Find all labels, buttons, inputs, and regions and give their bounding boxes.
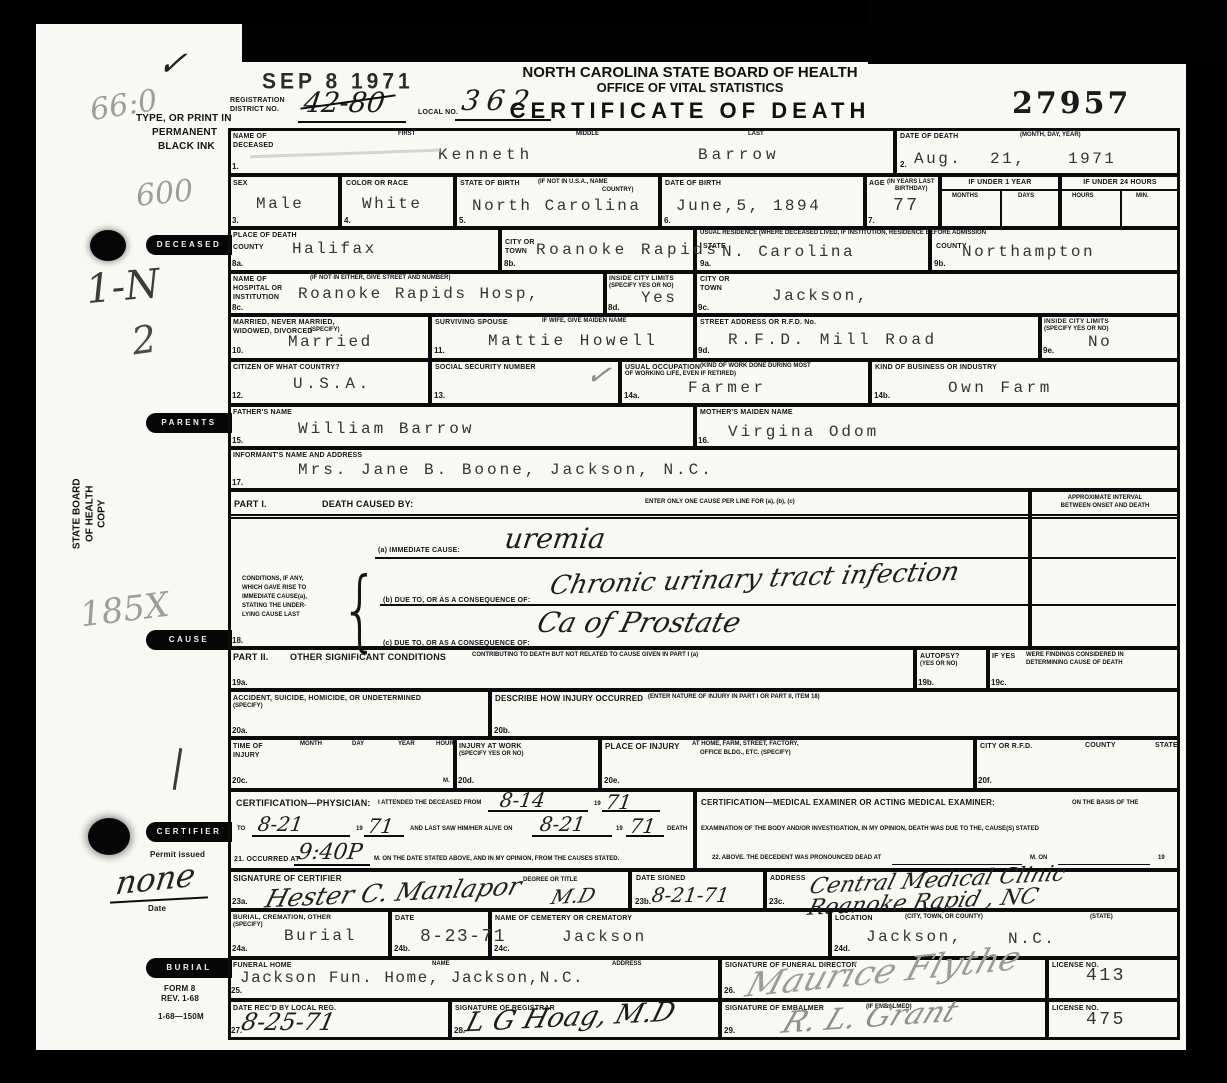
occupation-sublabel-2: OF WORKING LIFE, EVEN IF RETIRED) xyxy=(625,371,736,377)
degree-label: DEGREE OR TITLE xyxy=(523,877,577,883)
scan-black-band-top-right xyxy=(868,0,1227,64)
cemetery-value: Jackson xyxy=(562,928,647,946)
occurred-underline xyxy=(294,864,370,866)
num-24b: 24b. xyxy=(394,944,410,953)
age-sublabel-2: BIRTHDAY) xyxy=(895,186,927,192)
m-label: M. xyxy=(443,778,450,784)
num-20e: 20e. xyxy=(604,776,620,785)
occurred-rest: M. ON THE DATE STATED ABOVE, AND IN MY O… xyxy=(374,856,619,862)
spouse-value: Mattie Howell xyxy=(488,332,658,350)
home-addr-label: ADDRESS xyxy=(612,961,641,967)
father-label: FATHER'S NAME xyxy=(233,408,292,417)
interval-label-1: APPROXIMATE INTERVAL xyxy=(1036,495,1174,501)
sob-sublabel-2: COUNTRY) xyxy=(602,187,633,193)
sob-value: North Carolina xyxy=(472,197,641,215)
time-label-1: TIME OF xyxy=(233,742,263,751)
location-sublabel-2: (STATE) xyxy=(1090,914,1113,920)
part2-label: PART II. xyxy=(233,652,268,664)
num-24a: 24a. xyxy=(232,944,248,953)
residence-state-value: N. Carolina xyxy=(722,243,855,261)
place-injury-sublabel-1: AT HOME, FARM, STREET, FACTORY, xyxy=(692,741,799,747)
informant-label: INFORMANT'S NAME AND ADDRESS xyxy=(233,451,362,460)
burial-type-value: Burial xyxy=(284,927,357,945)
num-25: 25. xyxy=(231,986,242,995)
hours-label: HOURS xyxy=(1072,193,1094,199)
injury-state-label: STATE xyxy=(1155,741,1178,750)
num-17: 17. xyxy=(232,478,243,487)
num-9d: 9d. xyxy=(698,346,710,355)
num-8c: 8c. xyxy=(232,303,243,312)
other-conditions-label: OTHER SIGNIFICANT CONDITIONS xyxy=(290,652,446,664)
residence-city-value: Jackson, xyxy=(772,287,869,305)
age-label: AGE xyxy=(869,179,885,188)
attended-from-value: 8-14 xyxy=(498,788,546,812)
hospital-value: Roanoke Rapids Hosp, xyxy=(298,285,540,303)
ink-instruction-line2: PERMANENT xyxy=(152,126,217,139)
conditions-line-4: STATING THE UNDER- xyxy=(242,603,306,609)
describe-sublabel: (ENTER NATURE OF INJURY IN PART I OR PAR… xyxy=(648,694,820,700)
informant-value: Mrs. Jane B. Boone, Jackson, N.C. xyxy=(298,461,714,479)
hospital-label-2: HOSPITAL OR xyxy=(233,284,282,293)
tab-cause: CAUSE xyxy=(146,630,232,650)
city-rfd-label: CITY OR R.F.D. xyxy=(980,742,1032,751)
county-value: Halifax xyxy=(292,240,377,258)
num-23b: 23b. xyxy=(635,897,651,906)
autopsy-sublabel: (YES OR NO) xyxy=(920,661,957,667)
num-15: 15. xyxy=(232,436,243,445)
date-label-margin: Date xyxy=(148,904,166,914)
m-on-underline xyxy=(1058,864,1150,865)
name-label-1: NAME OF xyxy=(233,132,267,141)
age-sublabel-1: (IN YEARS LAST xyxy=(887,179,935,185)
num-3: 3. xyxy=(232,216,239,225)
residence-county-value: Northampton xyxy=(962,243,1095,261)
num-5: 5. xyxy=(459,216,466,225)
street-label: STREET ADDRESS OR R.F.D. No. xyxy=(700,318,816,327)
address-label: ADDRESS xyxy=(770,874,806,883)
num-2: 2. xyxy=(900,160,907,169)
enter-note: ENTER ONLY ONE CAUSE PER LINE FOR (a), (… xyxy=(645,499,795,505)
icl2-value: No xyxy=(1088,333,1112,351)
usual-residence-label: USUAL RESIDENCE (WHERE DECEASED LIVED, I… xyxy=(700,230,986,236)
board-title: NORTH CAROLINA STATE BOARD OF HEALTH xyxy=(505,64,875,81)
num-29: 29. xyxy=(724,1026,735,1035)
year-label: YEAR xyxy=(398,741,415,747)
tab-certifier: CERTIFIER xyxy=(146,822,232,842)
to-value: 8-21 xyxy=(256,812,304,836)
at-work-sublabel: (SPECIFY YES OR NO) xyxy=(459,751,523,757)
form-rev: REV. 1-68 xyxy=(161,994,199,1004)
mother-value: Virgina Odom xyxy=(728,423,879,441)
num-20c: 20c. xyxy=(232,776,248,785)
due-to-c-label: (c) DUE TO, OR AS A CONSEQUENCE OF: xyxy=(383,639,530,648)
place-injury-sublabel-2: OFFICE BLDG., ETC. (SPECIFY) xyxy=(700,750,791,756)
num-20d: 20d. xyxy=(458,776,474,785)
num-13: 13. xyxy=(434,391,445,400)
location-value-1: Jackson, xyxy=(866,928,963,946)
part1-rule-1 xyxy=(230,514,1178,516)
pencil-mark-1n: 1-N xyxy=(84,261,162,313)
accident-label: ACCIDENT, SUICIDE, HOMICIDE, OR UNDETERM… xyxy=(233,694,421,703)
sex-value: Male xyxy=(256,195,304,213)
citizen-label: CITIZEN OF WHAT COUNTRY? xyxy=(233,363,340,372)
hospital-label-3: INSTITUTION xyxy=(233,293,279,302)
last-saw-value: 8-21 xyxy=(538,812,586,836)
num-8b: 8b. xyxy=(504,259,516,268)
num-19b: 19b. xyxy=(918,678,934,687)
certifier-degree: M.D xyxy=(548,883,598,909)
dod-label: DATE OF DEATH xyxy=(900,132,958,141)
tab-deceased: DECEASED xyxy=(146,235,232,255)
ssn-check-mark: ✓ xyxy=(584,356,614,394)
mother-label: MOTHER'S MAIDEN NAME xyxy=(700,408,793,417)
burial-date-label: DATE xyxy=(395,914,414,923)
name-label-2: DECEASED xyxy=(233,141,274,150)
line-a xyxy=(375,557,1176,559)
hospital-sublabel: (IF NOT IN EITHER, GIVE STREET AND NUMBE… xyxy=(310,275,450,281)
ink-instruction-line1: TYPE, OR PRINT IN xyxy=(136,112,232,125)
immediate-cause-label: (a) IMMEDIATE CAUSE: xyxy=(378,546,460,555)
cell-name-of-deceased xyxy=(228,128,895,175)
sob-sublabel-1: (IF NOT IN U.S.A., NAME xyxy=(538,179,608,185)
copy-line1: STATE BOARD xyxy=(71,478,82,549)
num-26: 26. xyxy=(724,986,735,995)
last-saw-underline xyxy=(532,835,612,837)
num-11: 11. xyxy=(434,346,445,355)
registration-label-2: DISTRICT NO. xyxy=(230,105,279,114)
death-caused-by-label: DEATH CAUSED BY: xyxy=(322,499,413,511)
conditions-line-1: CONDITIONS, IF ANY, xyxy=(242,576,303,582)
sob-label: STATE OF BIRTH xyxy=(460,179,520,188)
months-label: MONTHS xyxy=(952,193,978,199)
hole-punch-dot-2 xyxy=(88,818,130,855)
marital-label-1: MARRIED, NEVER MARRIED, xyxy=(233,318,335,327)
cell-residence-city xyxy=(695,272,1180,315)
m-on-label: M. ON xyxy=(1030,855,1047,861)
min-label: MIN. xyxy=(1136,193,1149,199)
district-no-underline xyxy=(298,121,406,123)
dob-label: DATE OF BIRTH xyxy=(665,179,721,188)
immediate-cause-value: uremia xyxy=(503,522,608,555)
num-10: 10. xyxy=(232,346,243,355)
copy-line3: COPY xyxy=(96,500,107,528)
citizen-value: U.S.A. xyxy=(293,375,372,393)
line-b xyxy=(380,604,1176,606)
num-23a: 23a. xyxy=(232,897,248,906)
to-underline xyxy=(252,835,350,837)
month-label: MONTH xyxy=(300,741,322,747)
from-year-pre: 19 xyxy=(594,801,601,807)
num-18: 18. xyxy=(232,636,243,645)
describe-label: DESCRIBE HOW INJURY OCCURRED xyxy=(495,694,643,704)
hole-punch-dot xyxy=(90,230,126,261)
accident-sublabel: (SPECIFY) xyxy=(233,703,263,709)
tab-burial: BURIAL xyxy=(146,958,232,978)
business-label: KIND OF BUSINESS OR INDUSTRY xyxy=(875,363,997,372)
father-value: William Barrow xyxy=(298,420,474,438)
pronounced-label: 22. ABOVE. THE DECEDENT WAS PRONOUNCED D… xyxy=(712,855,881,861)
race-label: COLOR OR RACE xyxy=(346,179,408,188)
findings-label-1: WERE FINDINGS CONSIDERED IN xyxy=(1026,652,1124,658)
first-label: FIRST xyxy=(398,131,415,137)
num-6: 6. xyxy=(664,216,671,225)
last-saw-year-underline xyxy=(626,835,664,837)
date-signed-value: 8-21-71 xyxy=(650,883,731,907)
certificate-title: CERTIFICATE OF DEATH xyxy=(505,98,875,124)
num-8a: 8a. xyxy=(232,259,243,268)
scan-black-band-top xyxy=(242,24,882,62)
me-sub1: ON THE BASIS OF THE xyxy=(1072,800,1138,806)
num-16: 16. xyxy=(698,436,709,445)
sex-label: SEX xyxy=(233,179,248,188)
part1-label: PART I. xyxy=(234,499,267,511)
num-9a: 9a. xyxy=(700,259,711,268)
num-19a: 19a. xyxy=(232,678,248,687)
num-4: 4. xyxy=(344,216,351,225)
burial-type-sublabel: (SPECIFY) xyxy=(233,922,263,928)
ink-instruction-line3: BLACK INK xyxy=(158,140,215,153)
residence-city-label-1: CITY OR xyxy=(700,275,730,284)
local-no-label: LOCAL NO. xyxy=(418,108,458,117)
num-1: 1. xyxy=(232,162,239,171)
check-mark: ✓ xyxy=(155,44,189,84)
to-year-underline xyxy=(364,835,404,837)
tab-parents: PARENTS xyxy=(146,413,232,433)
first-name-value: Kenneth xyxy=(438,146,533,164)
num-12: 12. xyxy=(232,391,243,400)
occurred-label: 21. OCCURRED AT xyxy=(234,855,300,864)
pencil-mark-600: 600 xyxy=(134,173,195,214)
place-injury-label: PLACE OF INJURY xyxy=(605,742,680,752)
city-value: Roanoke Rapids xyxy=(536,241,719,259)
cemetery-label: NAME OF CEMETERY OR CREMATORY xyxy=(495,914,632,923)
conditions-line-2: WHICH GAVE RISE TO xyxy=(242,585,306,591)
spouse-sublabel: IF WIFE, GIVE MAIDEN NAME xyxy=(542,318,626,324)
occurred-time-value: 9:40P xyxy=(296,840,364,865)
num-24c: 24c. xyxy=(494,944,510,953)
location-sublabel-1: (CITY, TOWN, OR COUNTY) xyxy=(905,914,983,920)
ssn-label: SOCIAL SECURITY NUMBER xyxy=(435,363,536,372)
registration-label-1: REGISTRATION xyxy=(230,96,285,105)
num-24d: 24d. xyxy=(834,944,850,953)
under1-divider-v xyxy=(1000,189,1002,228)
place-of-death-label: PLACE OF DEATH xyxy=(233,231,297,240)
if-yes-label: IF YES xyxy=(992,652,1015,661)
business-value: Own Farm xyxy=(948,379,1053,397)
certificate-number: 27957 xyxy=(1012,86,1131,121)
home-name-label: NAME xyxy=(432,961,450,967)
death-word-label: DEATH xyxy=(667,826,687,832)
occupation-sublabel-1: (KIND OF WORK DONE DURING MOST xyxy=(700,363,811,369)
num-20f: 20f. xyxy=(978,776,992,785)
middle-label: MIDDLE xyxy=(576,131,599,137)
to-year-pre: 19 xyxy=(356,826,363,832)
last-name-value: Barrow xyxy=(698,146,780,164)
date-signed-label: DATE SIGNED xyxy=(636,874,686,883)
num-9e: 9e. xyxy=(1043,346,1054,355)
office-title: OFFICE OF VITAL STATISTICS xyxy=(505,80,875,95)
dod-day: 21, xyxy=(990,150,1026,168)
num-19c: 19c. xyxy=(991,678,1007,687)
num-20b: 20b. xyxy=(494,726,510,735)
race-value: White xyxy=(362,195,423,213)
form-code: FORM 8 xyxy=(164,984,195,994)
due-to-c-value: Ca of Prostate xyxy=(534,606,745,639)
icl-value: Yes xyxy=(641,289,677,307)
num-23c: 23c. xyxy=(769,897,785,906)
under24-label: IF UNDER 24 HOURS xyxy=(1060,178,1180,187)
location-label: LOCATION xyxy=(835,914,873,923)
cert-physician-label: CERTIFICATION—PHYSICIAN: xyxy=(236,798,371,810)
icl2-sublabel: (SPECIFY YES OR NO) xyxy=(1044,326,1108,332)
num-8d: 8d. xyxy=(608,303,620,312)
other-conditions-sublabel: CONTRIBUTING TO DEATH BUT NOT RELATED TO… xyxy=(472,652,698,658)
death-certificate-scan: ✓ 66:0 TYPE, OR PRINT IN PERMANENT BLACK… xyxy=(0,0,1227,1083)
age-value: 77 xyxy=(893,196,920,216)
conditions-line-5: LYING CAUSE LAST xyxy=(242,612,300,618)
me-sub2: EXAMINATION OF THE BODY AND/OR INVESTIGA… xyxy=(701,826,1039,832)
street-value: R.F.D. Mill Road xyxy=(728,331,938,349)
occupation-value: Farmer xyxy=(688,379,767,397)
under24-divider-v xyxy=(1120,189,1122,228)
at-work-label: INJURY AT WORK xyxy=(459,742,522,751)
conditions-line-3: IMMEDIATE CAUSE(a), xyxy=(242,594,307,600)
attended-label: I ATTENDED THE DECEASED FROM xyxy=(378,800,481,806)
from-year-underline xyxy=(602,810,660,812)
to-label: TO xyxy=(237,826,245,832)
hour-label: HOUR xyxy=(436,741,454,747)
hospital-label-1: NAME OF xyxy=(233,275,267,284)
residence-city-label-2: TOWN xyxy=(700,284,722,293)
days-label: DAYS xyxy=(1018,193,1034,199)
copy-designation: STATE BOARD OF HEALTH COPY xyxy=(71,454,109,574)
day-label: DAY xyxy=(352,741,364,747)
num-20a: 20a. xyxy=(232,726,248,735)
spouse-label: SURVIVING SPOUSE xyxy=(435,318,508,327)
num-9b: 9b. xyxy=(934,259,946,268)
autopsy-label: AUTOPSY? xyxy=(920,652,960,661)
dob-value: June,5, 1894 xyxy=(676,197,821,215)
interval-label-2: BETWEEN ONSET AND DEATH xyxy=(1036,503,1174,509)
num-14a: 14a. xyxy=(624,391,640,400)
license2-value: 475 xyxy=(1086,1010,1126,1030)
cert-me-label: CERTIFICATION—MEDICAL EXAMINER OR ACTING… xyxy=(701,798,995,808)
form-print-code: 1-68—150M xyxy=(158,1012,204,1022)
city-label-2: TOWN xyxy=(505,247,527,256)
dod-sublabel: (MONTH, DAY, YEAR) xyxy=(1020,132,1081,138)
marital-value: Married xyxy=(288,333,373,351)
last-saw-label: AND LAST SAW HIM/HER ALIVE ON xyxy=(410,826,512,832)
under1-label: IF UNDER 1 YEAR xyxy=(940,178,1060,187)
funeral-home-value: Jackson Fun. Home, Jackson,N.C. xyxy=(240,969,584,987)
injury-county-label: COUNTY xyxy=(1085,741,1116,750)
conditions-brace: { xyxy=(340,558,379,661)
county-label: COUNTY xyxy=(233,243,264,252)
copy-line2: OF HEALTH xyxy=(84,486,95,542)
last-label: LAST xyxy=(748,131,764,137)
last-saw-year-pre: 19 xyxy=(616,826,623,832)
part1-rule-2 xyxy=(230,517,1178,519)
num-9c: 9c. xyxy=(698,303,709,312)
date-received-value: 8-25-71 xyxy=(239,1008,338,1036)
findings-label-2: DETERMINING CAUSE OF DEATH xyxy=(1026,660,1123,666)
dod-year: 1971 xyxy=(1068,150,1116,168)
city-label-1: CITY OR xyxy=(505,238,535,247)
time-label-2: INJURY xyxy=(233,751,260,760)
pronounced-year: 19 xyxy=(1158,855,1165,861)
num-7: 7. xyxy=(868,216,875,225)
license1-value: 413 xyxy=(1086,966,1126,986)
dod-month: Aug. xyxy=(914,150,962,168)
num-14b: 14b. xyxy=(874,391,890,400)
